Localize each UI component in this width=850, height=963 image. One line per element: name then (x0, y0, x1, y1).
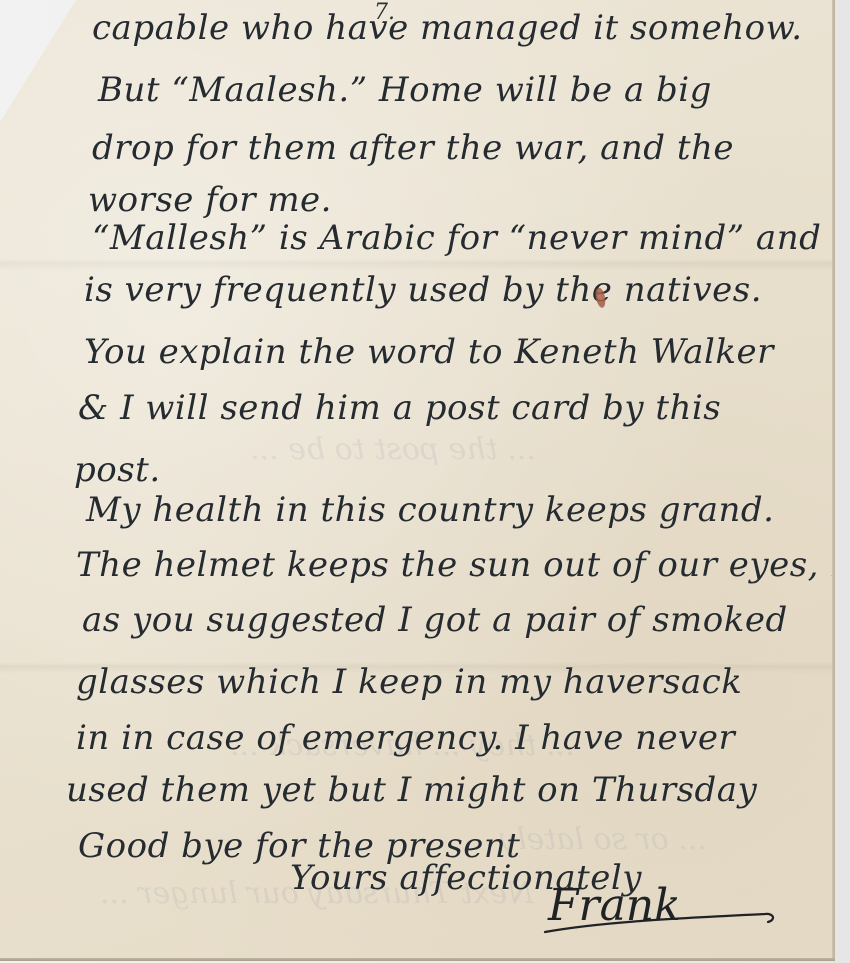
letter-line: used them yet but I might on Thursday (66, 770, 757, 810)
letter-line: is very frequently used by the natives. (84, 270, 762, 310)
letter-page: ... the post to be ... ... they ... have… (0, 0, 834, 960)
letter-line: capable who have managed it somehow. (92, 8, 803, 48)
bleed-through-text: ... the post to be ... (250, 432, 536, 467)
letter-line: in in case of emergency. I have never (76, 718, 735, 758)
letter-line: post. (74, 450, 161, 490)
letter-line: as you suggested I got a pair of smoked (82, 600, 788, 640)
bleed-through-text: ... or so lately (500, 822, 707, 857)
signature-flourish (540, 900, 780, 940)
letter-line: My health in this country keeps grand. (86, 490, 775, 530)
letter-line: “Mallesh” is Arabic for “never mind” and (92, 218, 821, 258)
letter-line: You explain the word to Keneth Walker (84, 332, 774, 372)
paper-edge-right (832, 0, 835, 960)
letter-line: drop for them after the war, and the (92, 128, 734, 168)
letter-line: glasses which I keep in my haversack (76, 662, 742, 702)
letter-line: The helmet keeps the sun out of our eyes… (76, 545, 850, 585)
letter-scan: ... the post to be ... ... they ... have… (0, 0, 850, 963)
letter-line: & I will send him a post card by this (78, 388, 721, 428)
letter-line: worse for me. (88, 180, 332, 220)
paper-edge-bottom (0, 958, 835, 961)
letter-line: But “Maalesh.” Home will be a big (98, 70, 712, 110)
